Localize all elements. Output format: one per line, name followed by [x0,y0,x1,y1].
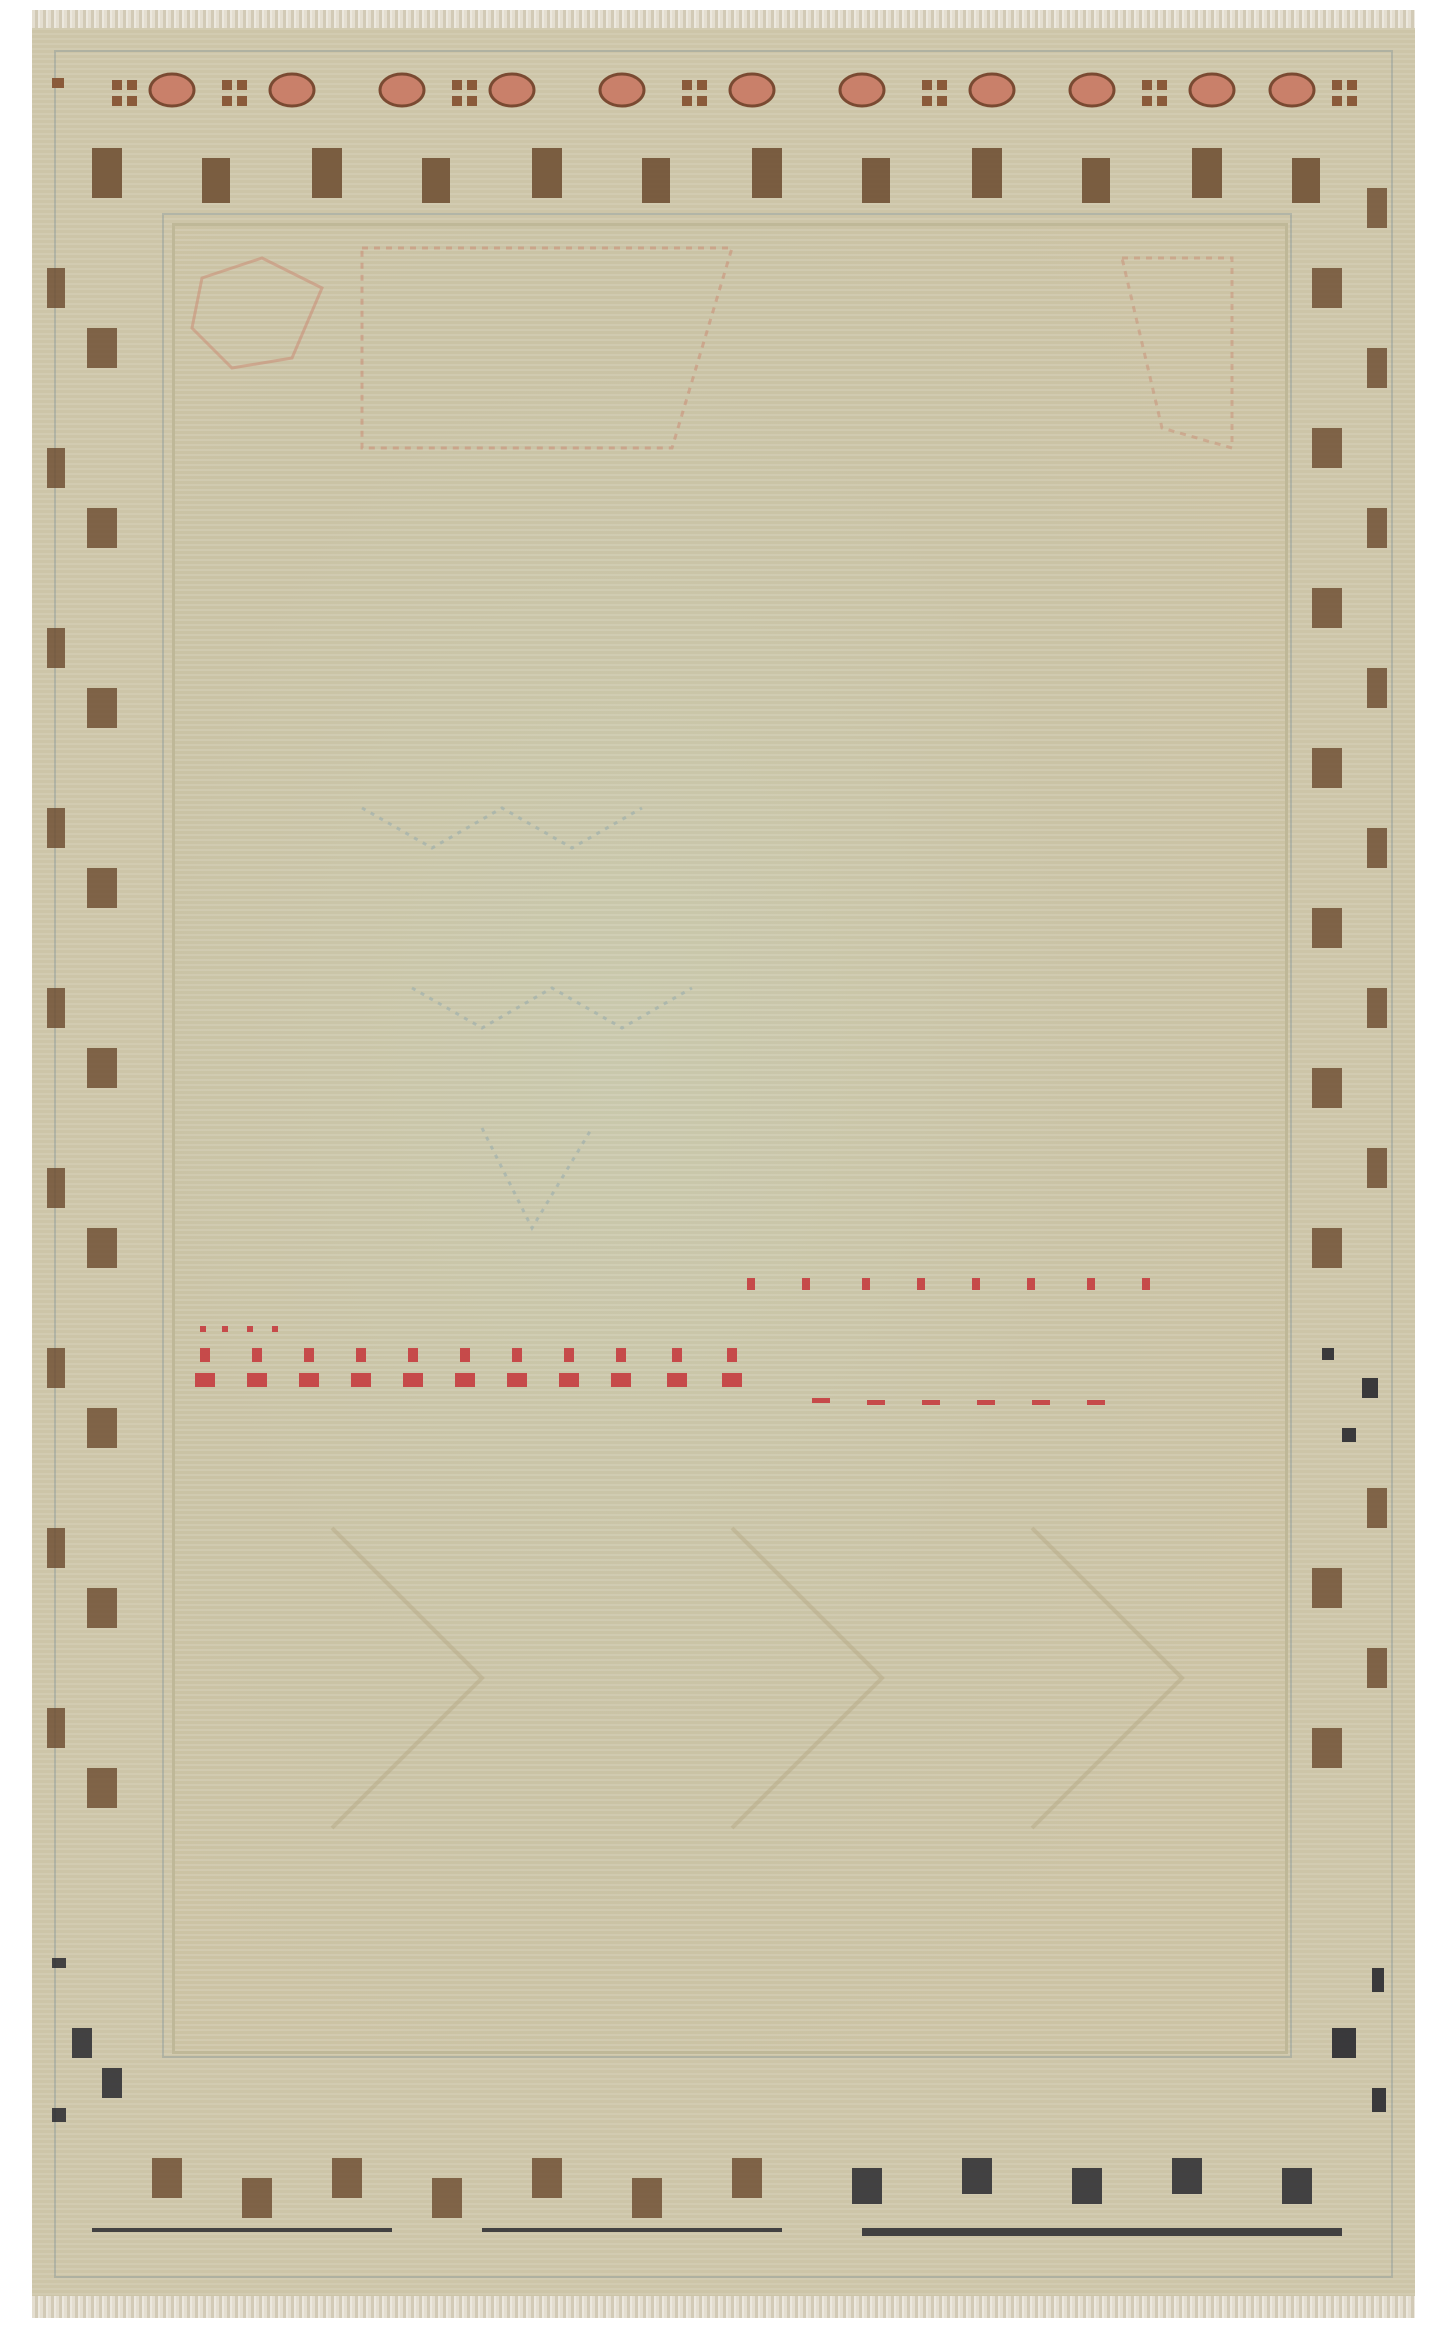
top-border-motifs [52,74,1357,203]
field-blue-tree [362,808,692,1228]
right-border-motifs [1312,188,1387,1768]
left-border-motifs [47,268,117,1808]
bottom-border-motifs [152,2158,762,2218]
field-lower-lattice [332,1528,1182,1828]
field-medallion-top-left [192,248,732,448]
rug-motifs [32,28,1415,2300]
bottom-fringe [32,2296,1415,2318]
rug [32,28,1415,2300]
field-medallion-top-right [1122,258,1232,448]
field-red-motifs [195,1278,1150,1405]
